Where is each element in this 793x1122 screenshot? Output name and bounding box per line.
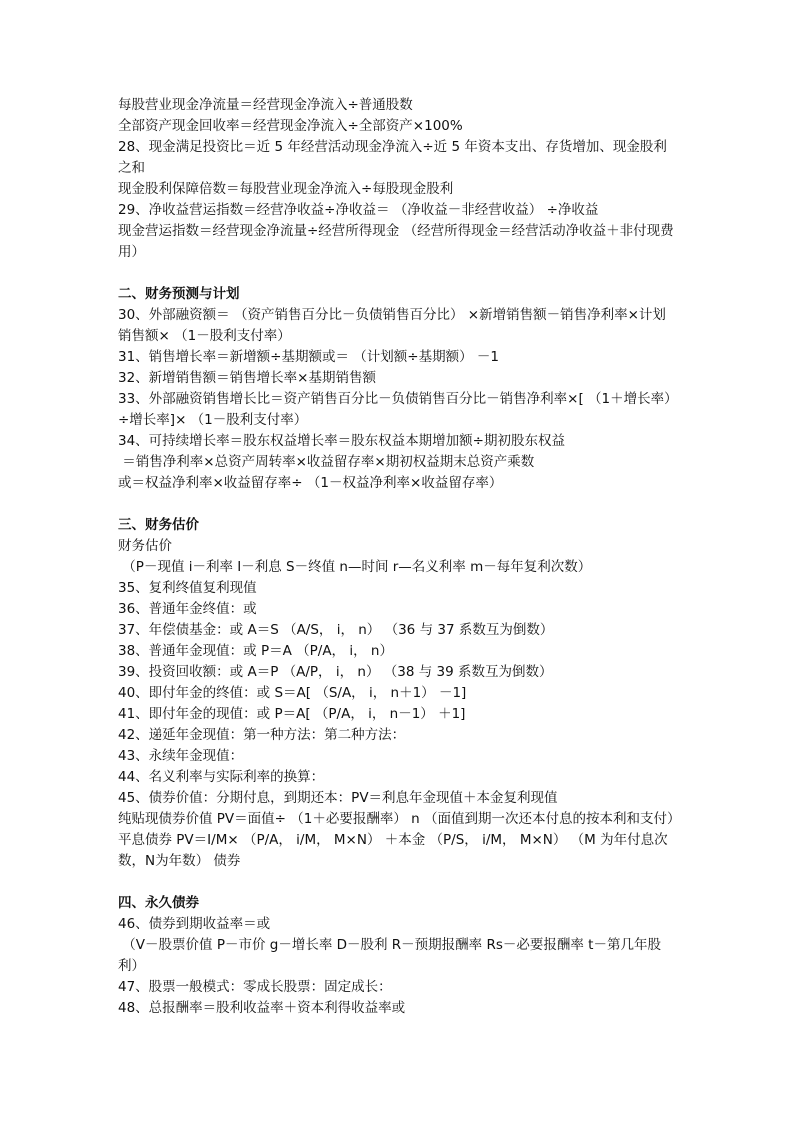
formula-block-cashflow: 每股营业现金净流量＝经营现金净流入÷普通股数 全部资产现金回收率＝经营现金净流入…: [118, 95, 678, 263]
text-line: 37、年偿债基金：或 A＝S （A/S， i， n） （36 与 37 系数互为…: [118, 620, 678, 641]
text-line: 48、总报酬率＝股利收益率＋资本利得收益率或: [118, 998, 678, 1019]
text-line: 35、复利终值复利现值: [118, 578, 678, 599]
text-line: 31、销售增长率＝新增额÷基期额或＝ （计划额÷基期额） －1: [118, 347, 678, 368]
text-line: 40、即付年金的终值：或 S＝A[ （S/A， i， n＋1） －1]: [118, 683, 678, 704]
text-line: 39、投资回收额：或 A＝P （A/P， i， n） （38 与 39 系数互为…: [118, 662, 678, 683]
section-financial-valuation: 三、财务估价 财务估价 （P－现值 i－利率 I－利息 S－终值 n—时间 r—…: [118, 515, 678, 872]
section-financial-forecast: 二、财务预测与计划 30、外部融资额＝ （资产销售百分比－负债销售百分比） ×新…: [118, 284, 678, 494]
text-line: 28、现金满足投资比＝近 5 年经营活动现金净流入÷近 5 年资本支出、存货增加…: [118, 137, 678, 179]
text-line: 47、股票一般模式：零成长股票：固定成长：: [118, 977, 678, 998]
paragraph-spacer: [118, 872, 678, 893]
text-line: 45、债券价值：分期付息，到期还本：PV＝利息年金现值＋本金复利现值: [118, 788, 678, 809]
text-line: 38、普通年金现值：或 P＝A （P/A， i， n）: [118, 641, 678, 662]
text-line: 29、净收益营运指数＝经营净收益÷净收益＝ （净收益－非经营收益） ÷净收益: [118, 200, 678, 221]
text-line: 全部资产现金回收率＝经营现金净流入÷全部资产×100%: [118, 116, 678, 137]
text-line: 或＝权益净利率×收益留存率÷ （1－权益净利率×收益留存率）: [118, 473, 678, 494]
text-line: 36、普通年金终值：或: [118, 599, 678, 620]
text-line: 32、新增销售额＝销售增长率×基期销售额: [118, 368, 678, 389]
text-line: （V－股票价值 P－市价 g－增长率 D－股利 R－预期报酬率 Rs－必要报酬率…: [118, 935, 678, 977]
text-line: 43、永续年金现值：: [118, 746, 678, 767]
text-line: 41、即付年金的现值：或 P＝A[ （P/A， i， n－1） ＋1]: [118, 704, 678, 725]
text-line: 每股营业现金净流量＝经营现金净流入÷普通股数: [118, 95, 678, 116]
text-line: 46、债券到期收益率＝或: [118, 914, 678, 935]
text-line: ＝销售净利率×总资产周转率×收益留存率×期初权益期末总资产乘数: [118, 452, 678, 473]
text-line: 44、名义利率与实际利率的换算：: [118, 767, 678, 788]
section-heading: 四、永久债券: [118, 893, 678, 914]
text-line: 30、外部融资额＝ （资产销售百分比－负债销售百分比） ×新增销售额－销售净利率…: [118, 305, 678, 347]
text-line: 34、可持续增长率＝股东权益增长率＝股东权益本期增加额÷期初股东权益: [118, 431, 678, 452]
text-line: 42、递延年金现值：第一种方法：第二种方法：: [118, 725, 678, 746]
text-line: 33、外部融资销售增长比＝资产销售百分比－负债销售百分比－销售净利率×[ （1＋…: [118, 389, 678, 431]
text-line: 现金股利保障倍数＝每股营业现金净流入÷每股现金股利: [118, 179, 678, 200]
text-line: 纯贴现债券价值 PV＝面值÷ （1＋必要报酬率） n （面值到期一次还本付息的按…: [118, 809, 678, 830]
paragraph-spacer: [118, 263, 678, 284]
document-page: 每股营业现金净流量＝经营现金净流入÷普通股数 全部资产现金回收率＝经营现金净流入…: [118, 95, 678, 1019]
paragraph-spacer: [118, 494, 678, 515]
text-line: （P－现值 i－利率 I－利息 S－终值 n—时间 r—名义利率 m－每年复利次…: [118, 557, 678, 578]
section-heading: 二、财务预测与计划: [118, 284, 678, 305]
text-line: 财务估价: [118, 536, 678, 557]
section-heading: 三、财务估价: [118, 515, 678, 536]
text-line: 现金营运指数＝经营现金净流量÷经营所得现金 （经营所得现金＝经营活动净收益＋非付…: [118, 221, 678, 263]
text-line: 平息债券 PV＝I/M× （P/A， i/M， M×N） ＋本金 （P/S， i…: [118, 830, 678, 872]
section-perpetual-bonds: 四、永久债券 46、债券到期收益率＝或 （V－股票价值 P－市价 g－增长率 D…: [118, 893, 678, 1019]
